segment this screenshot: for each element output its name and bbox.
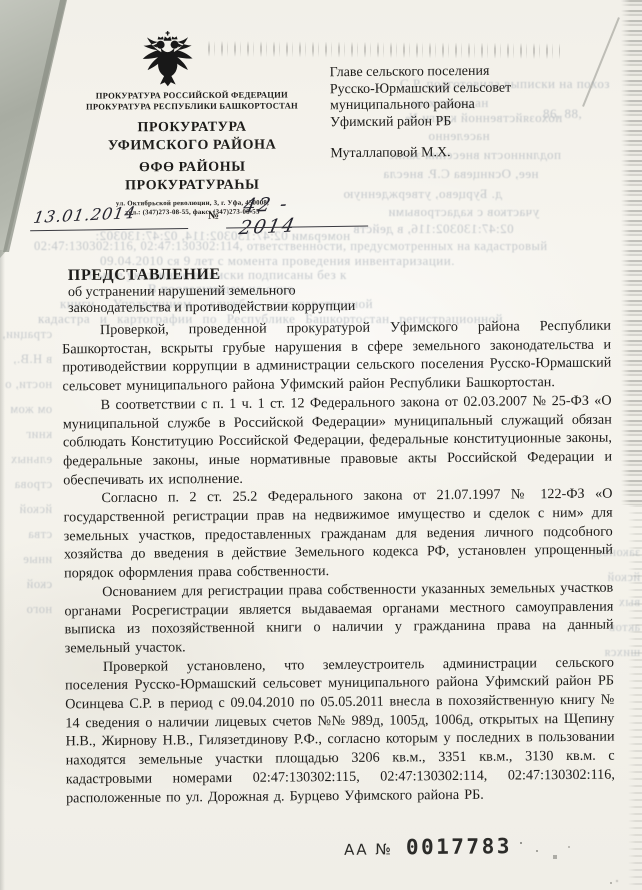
bleed-through-text-column: страции, в Н.В., ности, о ом жом книг ел… [2,322,52,622]
paragraph-1: Проверкой, проведенной прокуратурой Уфим… [62,317,612,397]
office-name-ba-line2: ПРОКУРАТУРАҺЫ [56,176,328,195]
paragraph-4: Основанием для регистрации права собстве… [64,578,614,658]
bleed-through-text: д. Бурцево, утвержденную [343,186,502,202]
bleed-through-text: 02:47:130302:116, в действ [353,221,514,237]
reference-line: 13.01.2014 № 42 - 2014 [30,196,351,240]
number-handwritten: 42 - 2014 [237,190,355,239]
form-serial-number: АА № 0017783 [344,834,512,860]
document-title: ПРЕДСТАВЛЕНИЕ [68,265,355,285]
paragraph-3: Согласно п. 2 ст. 25.2 Федерального зако… [63,485,613,583]
russia-coat-of-arms-icon [140,30,196,88]
bleed-through-text: нее, Осинцева С.Р. внесла [383,166,539,182]
org-name-line2: ПРОКУРАТУРА РЕСПУБЛИКИ БАШКОРТОСТАН [56,100,328,112]
date-underline [30,228,188,231]
office-name-ru-line2: УФИМСКОГО РАЙОНА [56,136,328,155]
scan-speckles [520,842,522,844]
paragraph-2: В соответствии с п. 1 ч. 1 ст. 12 Федера… [63,391,613,489]
scan-noise-right [621,0,642,505]
scanned-document-page: С.Р. подготовила выписки на похоз ных гр… [0,0,642,890]
office-name-ba-line1: ӨФӨ РАЙОНЫ [56,158,328,177]
document-title-block: ПРЕДСТАВЛЕНИЕ об устранении нарушений зе… [68,265,356,316]
bleed-through-text: участков с кадастровыми [388,204,539,220]
document-body: Проверкой, проведенной прокуратурой Уфим… [62,317,615,808]
document-subtitle-line2: законодательства и противодействии корру… [68,298,355,316]
office-name-ru-line1: ПРОКУРАТУРА [56,118,328,137]
serial-digits: 0017783 [406,834,512,859]
addressee-name: Муталлаповой М.Х. [330,144,605,163]
bleed-through-text: 02:47:130302:116, 02:47:130302:114, отве… [34,239,548,254]
serial-prefix: АА № [344,840,393,859]
addressee-line: Уфимский район РБ [330,112,605,131]
paragraph-5: Проверкой установлено, что землеустроите… [65,653,615,807]
number-sign: № [208,210,219,222]
addressee-block: Главе сельского поселения Русско-Юрмашск… [330,63,606,163]
letterhead: ПРОКУРАТУРА РОССИЙСКОЙ ФЕДЕРАЦИИ ПРОКУРА… [56,29,329,217]
date-handwritten: 13.01.2014 [32,203,137,227]
